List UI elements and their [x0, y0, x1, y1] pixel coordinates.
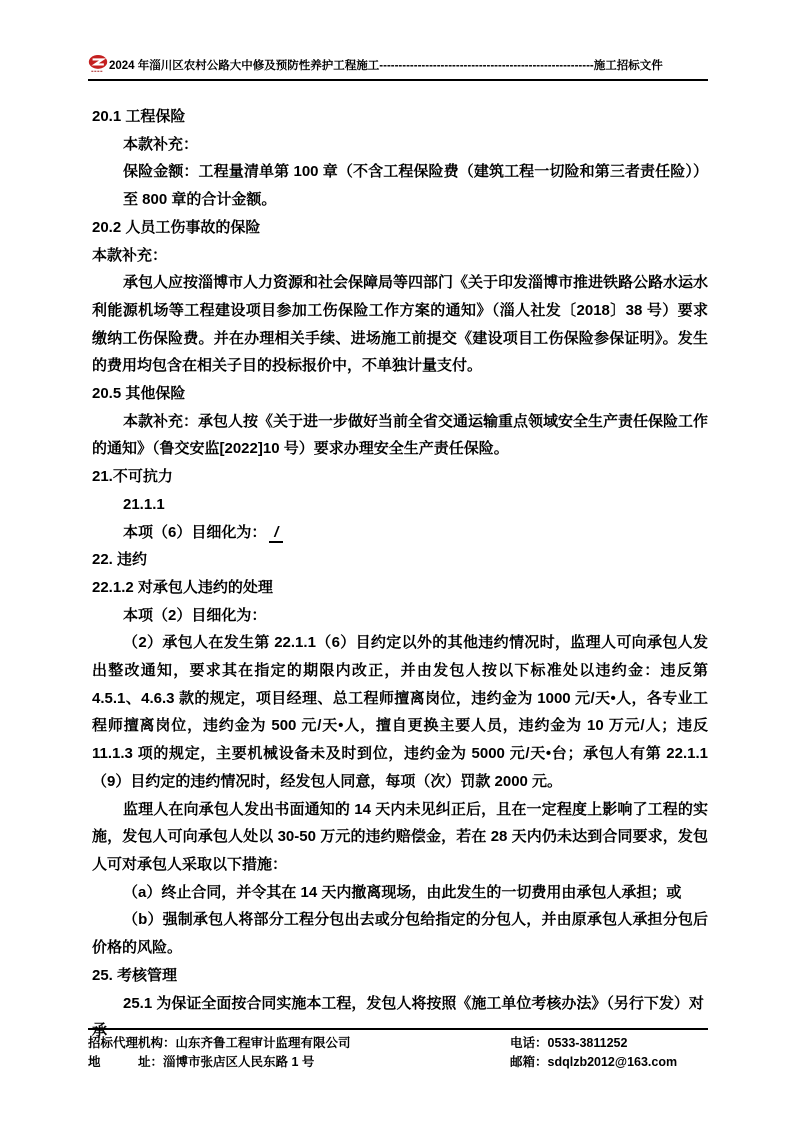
page-footer: 招标代理机构：山东齐鲁工程审计监理有限公司 地 址：淄博市张店区人民东路 1 号… — [88, 1028, 708, 1071]
clause-20-1-supplement-label: 本款补充： — [92, 131, 708, 159]
clause-21-1-1-item-label: 本项（6）目细化为： — [123, 524, 266, 541]
clause-20-5-heading: 20.5 其他保险 — [92, 380, 708, 408]
blank-slash-value: / — [269, 524, 283, 543]
clause-21-1-1-item: 本项（6）目细化为：/ — [92, 519, 708, 547]
header-doc-type: 施工招标文件 — [594, 60, 663, 72]
footer-agency-line: 招标代理机构：山东齐鲁工程审计监理有限公司 — [88, 1034, 510, 1053]
header-project-title: 2024 年淄川区农村公路大中修及预防性养护工程施工 — [109, 60, 379, 72]
clause-20-1-heading: 20.1 工程保险 — [92, 103, 708, 131]
clause-20-2-heading: 20.2 人员工伤事故的保险 — [92, 214, 708, 242]
clause-22-1-2-measure-b: （b）强制承包人将部分工程分包出去或分包给指定的分包人，并由原承包人承担分包后价… — [92, 906, 708, 961]
clause-22-1-2-heading: 22.1.2 对承包人违约的处理 — [92, 574, 708, 602]
document-body: 20.1 工程保险 本款补充： 保险金额：工程量清单第 100 章（不含工程保险… — [92, 103, 708, 1045]
agency-logo-icon — [88, 54, 108, 74]
page-header: 2024 年淄川区农村公路大中修及预防性养护工程施工--------------… — [88, 54, 708, 81]
clause-20-2-supplement-label: 本款补充： — [92, 242, 708, 270]
clause-22-1-2-intro: 本项（2）目细化为： — [92, 602, 708, 630]
clause-20-1-insurance-amount: 保险金额：工程量清单第 100 章（不含工程保险费（建筑工程一切险和第三者责任险… — [92, 158, 708, 213]
clause-20-5-paragraph: 本款补充：承包人按《关于进一步做好当前全省交通运输重点领域安全生产责任保险工作的… — [92, 408, 708, 463]
document-page: 2024 年淄川区农村公路大中修及预防性养护工程施工--------------… — [0, 0, 793, 1122]
clause-20-2-paragraph: 承包人应按淄博市人力资源和社会保障局等四部门《关于印发淄博市推进铁路公路水运水利… — [92, 269, 708, 380]
footer-email-line: 邮箱：sdqlzb2012@163.com — [510, 1053, 708, 1072]
clause-21-1-1-number: 21.1.1 — [92, 491, 708, 519]
footer-phone-line: 电话：0533-3811252 — [510, 1034, 708, 1053]
header-dash-separator: ----------------------------------------… — [379, 60, 593, 72]
clause-22-heading: 22. 违约 — [92, 546, 708, 574]
clause-22-1-2-item-2: （2）承包人在发生第 22.1.1（6）目约定以外的其他违约情况时，监理人可向承… — [92, 629, 708, 795]
clause-21-heading: 21.不可抗力 — [92, 463, 708, 491]
clause-25-heading: 25. 考核管理 — [92, 962, 708, 990]
footer-address-line: 地 址：淄博市张店区人民东路 1 号 — [88, 1053, 510, 1072]
clause-22-1-2-measure-a: （a）终止合同，并令其在 14 天内撤离现场，由此发生的一切费用由承包人承担；或 — [92, 879, 708, 907]
clause-22-1-2-notice-para: 监理人在向承包人发出书面通知的 14 天内未见纠正后，且在一定程度上影响了工程的… — [92, 796, 708, 879]
